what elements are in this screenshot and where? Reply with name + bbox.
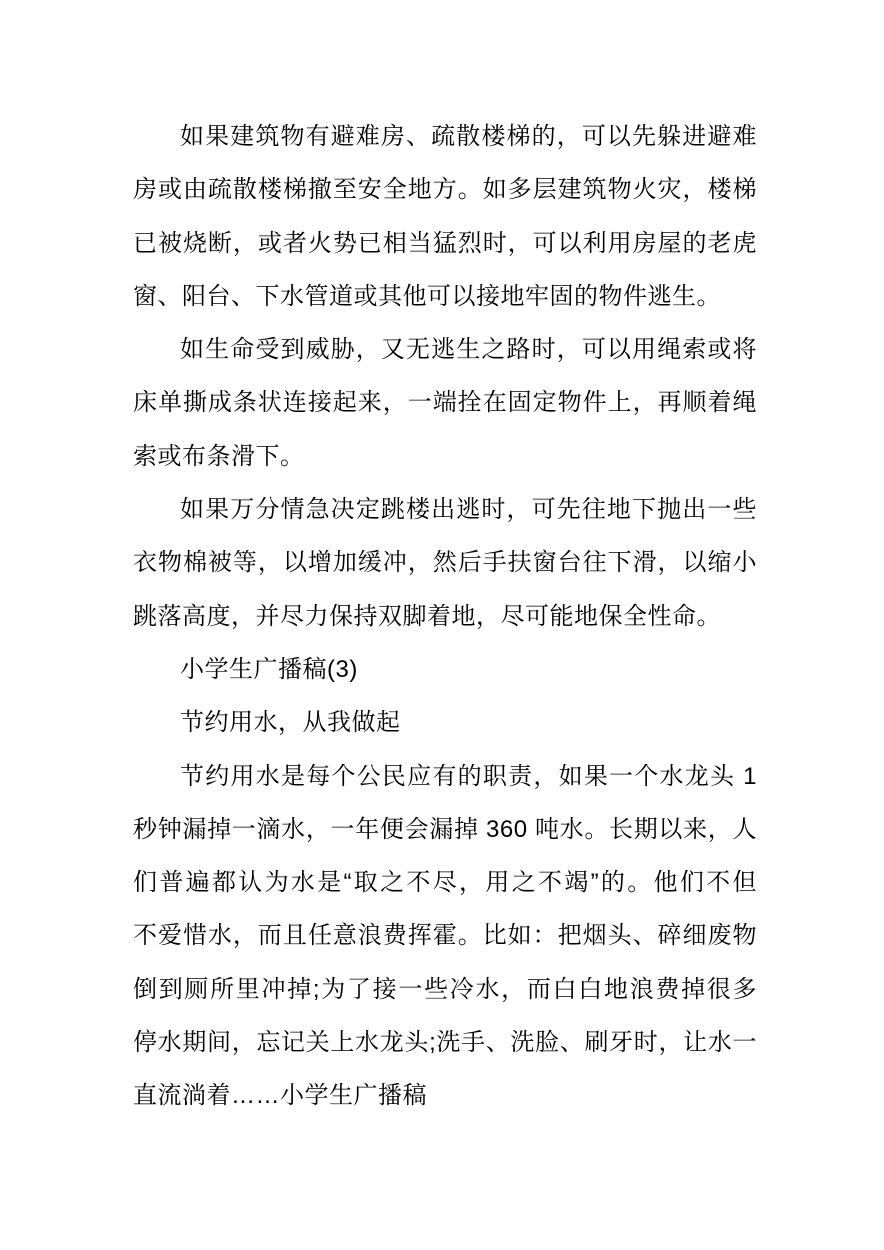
paragraph: 如果万分情急决定跳楼出逃时，可先往地下抛出一些衣物棉被等，以增加缓冲，然后手扶窗… [133, 483, 757, 643]
text-line: 房或由疏散楼梯撤至安全地方。如多层建筑物火灾，楼梯 [133, 163, 757, 216]
paragraph: 节约用水是每个公民应有的职责，如果一个水龙头 1秒钟漏掉一滴水，一年便会漏掉 3… [133, 750, 757, 1123]
text-line: 小学生广播稿(3) [133, 643, 757, 696]
document-page: 如果建筑物有避难房、疏散楼梯的，可以先躲进避难房或由疏散楼梯撤至安全地方。如多层… [0, 0, 884, 1250]
text-line: 衣物棉被等，以增加缓冲，然后手扶窗台往下滑，以缩小 [133, 536, 757, 589]
text-line: 跳落高度，并尽力保持双脚着地，尽可能地保全性命。 [133, 590, 757, 643]
text-line: 不爱惜水，而且任意浪费挥霍。比如：把烟头、碎细废物 [133, 909, 757, 962]
paragraph: 小学生广播稿(3) [133, 643, 757, 696]
text-line: 如果建筑物有避难房、疏散楼梯的，可以先躲进避难 [133, 110, 757, 163]
text-line: 们普遍都认为水是“取之不尽，用之不竭”的。他们不但 [133, 856, 757, 909]
document-content: 如果建筑物有避难房、疏散楼梯的，可以先躲进避难房或由疏散楼梯撤至安全地方。如多层… [133, 110, 757, 1123]
paragraph: 如生命受到威胁，又无逃生之路时，可以用绳索或将床单撕成条状连接起来，一端拴在固定… [133, 323, 757, 483]
text-line: 索或布条滑下。 [133, 430, 757, 483]
text-line: 倒到厕所里冲掉;为了接一些冷水，而白白地浪费掉很多水; [133, 963, 757, 1016]
text-line: 已被烧断，或者火势已相当猛烈时，可以利用房屋的老虎 [133, 217, 757, 270]
paragraph: 如果建筑物有避难房、疏散楼梯的，可以先躲进避难房或由疏散楼梯撤至安全地方。如多层… [133, 110, 757, 323]
text-line: 如生命受到威胁，又无逃生之路时，可以用绳索或将 [133, 323, 757, 376]
paragraph: 节约用水，从我做起 [133, 696, 757, 749]
text-line: 节约用水，从我做起 [133, 696, 757, 749]
text-line: 窗、阳台、下水管道或其他可以接地牢固的物件逃生。 [133, 270, 757, 323]
text-line: 如果万分情急决定跳楼出逃时，可先往地下抛出一些 [133, 483, 757, 536]
text-line: 秒钟漏掉一滴水，一年便会漏掉 360 吨水。长期以来，人 [133, 803, 757, 856]
text-line: 节约用水是每个公民应有的职责，如果一个水龙头 1 [133, 750, 757, 803]
text-line: 床单撕成条状连接起来，一端拴在固定物件上，再顺着绳 [133, 376, 757, 429]
text-line: 停水期间，忘记关上水龙头;洗手、洗脸、刷牙时，让水一 [133, 1016, 757, 1069]
text-line: 直流淌着……小学生广播稿 [133, 1069, 757, 1122]
